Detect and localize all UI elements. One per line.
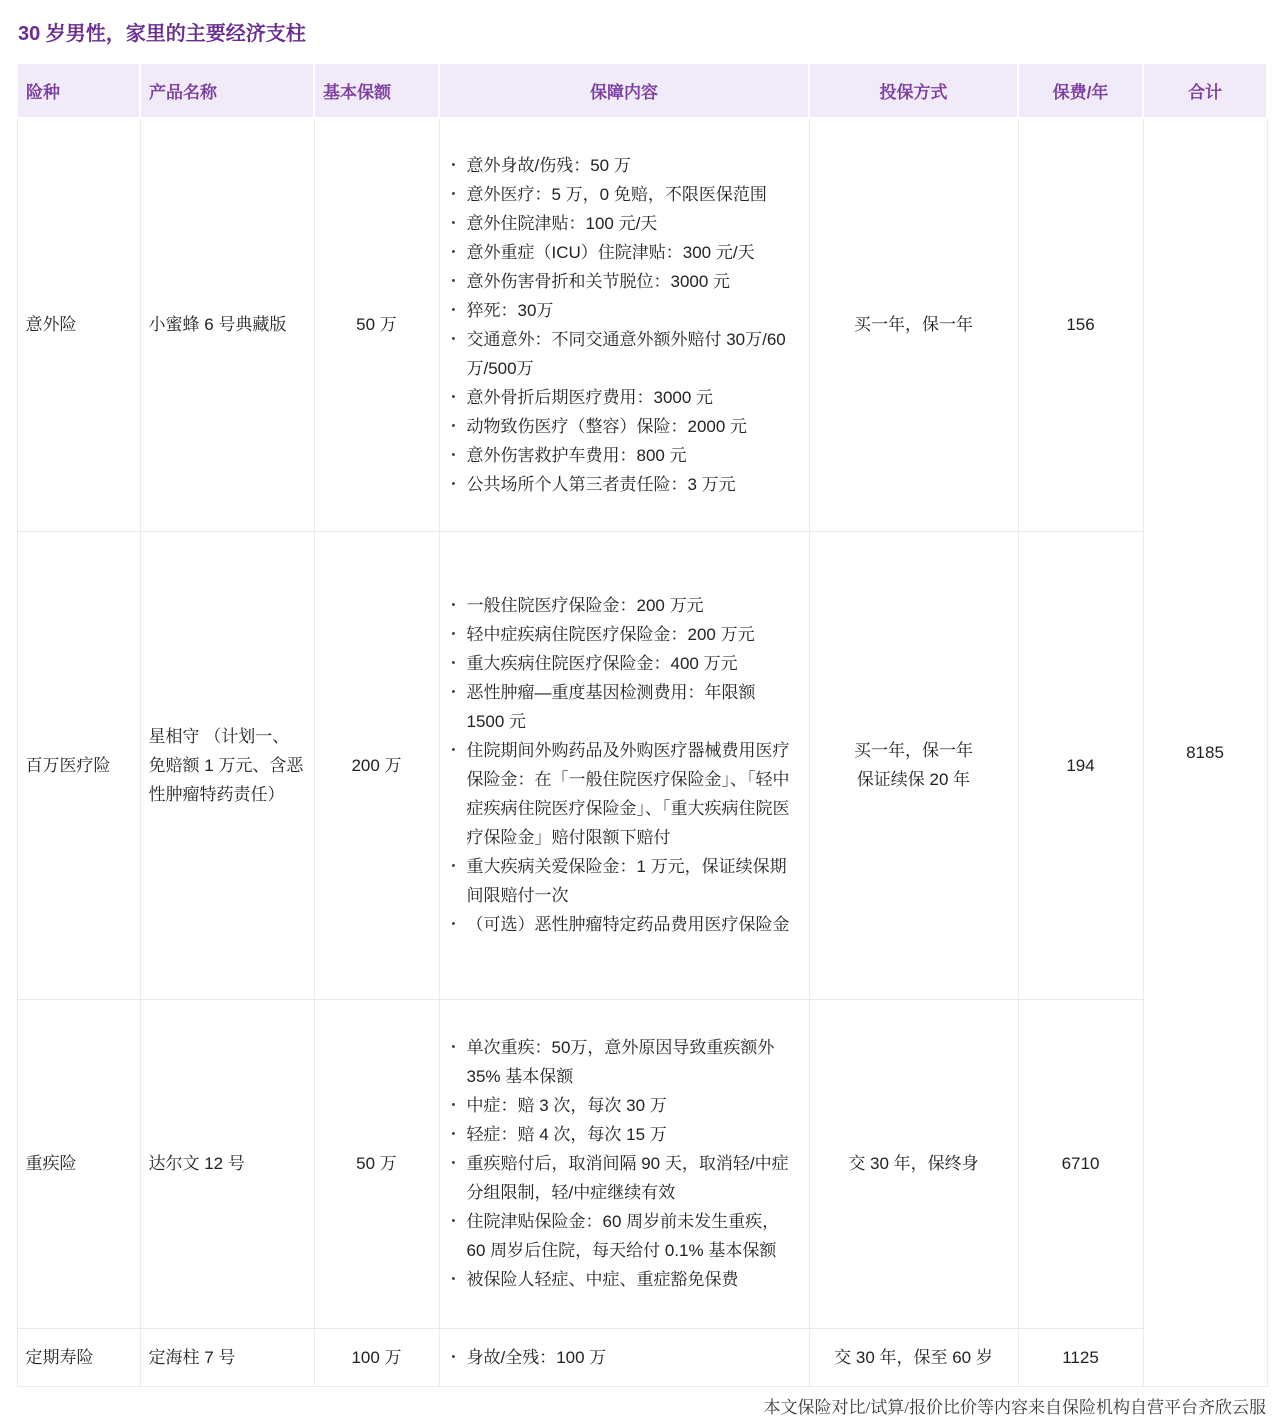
coverage-item: 住院期间外购药品及外购医疗器械费用医疗保险金：在「一般住院医疗保险金」、「轻中症…	[446, 736, 797, 852]
coverage-item: 轻中症疾病住院医疗保险金：200 万元	[446, 620, 797, 649]
cell-method: 买一年，保一年	[809, 118, 1018, 531]
page-title: 30 岁男性，家里的主要经济支柱	[18, 22, 1266, 46]
coverage-item: 单次重疾：50万，意外原因导致重疾额外 35% 基本保额	[446, 1033, 797, 1091]
table-row-critical-illness: 重疾险 达尔文 12 号 50 万 单次重疾：50万，意外原因导致重疾额外 35…	[17, 999, 1267, 1328]
coverage-item: （可选）恶性肿瘤特定药品费用医疗保险金	[446, 910, 797, 939]
table-row-accident: 意外险 小蜜蜂 6 号典藏版 50 万 意外身故/伤残：50 万意外医疗：5 万…	[17, 118, 1267, 531]
coverage-item: 重疾赔付后，取消间隔 90 天，取消轻/中症分组限制，轻/中症继续有效	[446, 1149, 797, 1207]
cell-coverage: 身故/全残：100 万	[439, 1328, 809, 1386]
coverage-item: 身故/全残：100 万	[446, 1343, 797, 1372]
coverage-item: 住院津贴保险金：60 周岁前未发生重疾，60 周岁后住院，每天给付 0.1% 基…	[446, 1207, 797, 1265]
coverage-item: 意外身故/伤残：50 万	[446, 151, 797, 180]
cell-insurance-type: 百万医疗险	[17, 531, 140, 999]
col-header-premium-per-year: 保费/年	[1018, 63, 1143, 118]
cell-coverage: 一般住院医疗保险金：200 万元轻中症疾病住院医疗保险金：200 万元重大疾病住…	[439, 531, 809, 999]
col-header-coverage: 保障内容	[439, 63, 809, 118]
col-header-product-name: 产品名称	[140, 63, 314, 118]
table-row-medical: 百万医疗险 星相守 （计划一、免赔额 1 万元、含恶性肿瘤特药责任） 200 万…	[17, 531, 1267, 999]
coverage-item: 意外骨折后期医疗费用：3000 元	[446, 383, 797, 412]
coverage-item: 意外重症（ICU）住院津贴：300 元/天	[446, 238, 797, 267]
cell-method: 买一年，保一年保证续保 20 年	[809, 531, 1018, 999]
coverage-item: 意外医疗：5 万，0 免赔，不限医保范围	[446, 180, 797, 209]
cell-product-name: 星相守 （计划一、免赔额 1 万元、含恶性肿瘤特药责任）	[140, 531, 314, 999]
cell-insurance-type: 定期寿险	[17, 1328, 140, 1386]
col-header-insurance-type: 险种	[17, 63, 140, 118]
cell-coverage: 单次重疾：50万，意外原因导致重疾额外 35% 基本保额中症：赔 3 次，每次 …	[439, 999, 809, 1328]
cell-coverage: 意外身故/伤残：50 万意外医疗：5 万，0 免赔，不限医保范围意外住院津贴：1…	[439, 118, 809, 531]
method-lines: 买一年，保一年	[814, 310, 1014, 339]
coverage-item: 公共场所个人第三者责任险：3 万元	[446, 470, 797, 499]
cell-premium: 194	[1018, 531, 1143, 999]
method-line: 交 30 年，保终身	[814, 1149, 1014, 1178]
table-row-term-life: 定期寿险 定海柱 7 号 100 万 身故/全残：100 万 交 30 年，保至…	[17, 1328, 1267, 1386]
cell-product-name: 定海柱 7 号	[140, 1328, 314, 1386]
coverage-item: 一般住院医疗保险金：200 万元	[446, 591, 797, 620]
cell-premium: 1125	[1018, 1328, 1143, 1386]
method-line: 买一年，保一年	[814, 736, 1014, 765]
coverage-list: 身故/全残：100 万	[446, 1343, 797, 1372]
cell-base-amount: 50 万	[314, 999, 439, 1328]
coverage-item: 轻症：赔 4 次，每次 15 万	[446, 1120, 797, 1149]
cell-product-name: 达尔文 12 号	[140, 999, 314, 1328]
cell-insurance-type: 意外险	[17, 118, 140, 531]
coverage-item: 恶性肿瘤—重度基因检测费用：年限额 1500 元	[446, 678, 797, 736]
coverage-item: 意外伤害骨折和关节脱位：3000 元	[446, 267, 797, 296]
coverage-list: 一般住院医疗保险金：200 万元轻中症疾病住院医疗保险金：200 万元重大疾病住…	[446, 591, 797, 939]
coverage-list: 意外身故/伤残：50 万意外医疗：5 万，0 免赔，不限医保范围意外住院津贴：1…	[446, 151, 797, 499]
cell-method: 交 30 年，保终身	[809, 999, 1018, 1328]
cell-premium: 6710	[1018, 999, 1143, 1328]
coverage-item: 重大疾病住院医疗保险金：400 万元	[446, 649, 797, 678]
header-row: 险种 产品名称 基本保额 保障内容 投保方式 保费/年 合计	[17, 63, 1267, 118]
cell-premium: 156	[1018, 118, 1143, 531]
cell-base-amount: 200 万	[314, 531, 439, 999]
coverage-item: 动物致伤医疗（整容）保险：2000 元	[446, 412, 797, 441]
insurance-comparison-table: 险种 产品名称 基本保额 保障内容 投保方式 保费/年 合计 意外险 小蜜蜂 6…	[16, 62, 1268, 1387]
cell-base-amount: 100 万	[314, 1328, 439, 1386]
method-lines: 交 30 年，保终身	[814, 1149, 1014, 1178]
page: 30 岁男性，家里的主要经济支柱 险种 产品名称 基本保额 保障内容 投保方式 …	[0, 0, 1280, 1419]
coverage-item: 意外伤害救护车费用：800 元	[446, 441, 797, 470]
cell-method: 交 30 年，保至 60 岁	[809, 1328, 1018, 1386]
method-line: 保证续保 20 年	[814, 765, 1014, 794]
col-header-base-amount: 基本保额	[314, 63, 439, 118]
coverage-item: 重大疾病关爱保险金：1 万元，保证续保期间限赔付一次	[446, 852, 797, 910]
coverage-item: 被保险人轻症、中症、重症豁免保费	[446, 1265, 797, 1294]
coverage-list: 单次重疾：50万，意外原因导致重疾额外 35% 基本保额中症：赔 3 次，每次 …	[446, 1033, 797, 1294]
col-header-method: 投保方式	[809, 63, 1018, 118]
coverage-item: 中症：赔 3 次，每次 30 万	[446, 1091, 797, 1120]
coverage-item: 猝死：30万	[446, 296, 797, 325]
coverage-item: 交通意外：不同交通意外额外赔付 30万/60万/500万	[446, 325, 797, 383]
method-line: 买一年，保一年	[814, 310, 1014, 339]
cell-insurance-type: 重疾险	[17, 999, 140, 1328]
cell-product-name: 小蜜蜂 6 号典藏版	[140, 118, 314, 531]
cell-base-amount: 50 万	[314, 118, 439, 531]
coverage-item: 意外住院津贴：100 元/天	[446, 209, 797, 238]
cell-total: 8185	[1143, 118, 1267, 1386]
method-line: 交 30 年，保至 60 岁	[814, 1343, 1014, 1372]
method-lines: 买一年，保一年保证续保 20 年	[814, 736, 1014, 794]
col-header-total: 合计	[1143, 63, 1267, 118]
footer-note: 本文保险对比/试算/报价比价等内容来自保险机构自营平台齐欣云服	[16, 1397, 1266, 1419]
method-lines: 交 30 年，保至 60 岁	[814, 1343, 1014, 1372]
